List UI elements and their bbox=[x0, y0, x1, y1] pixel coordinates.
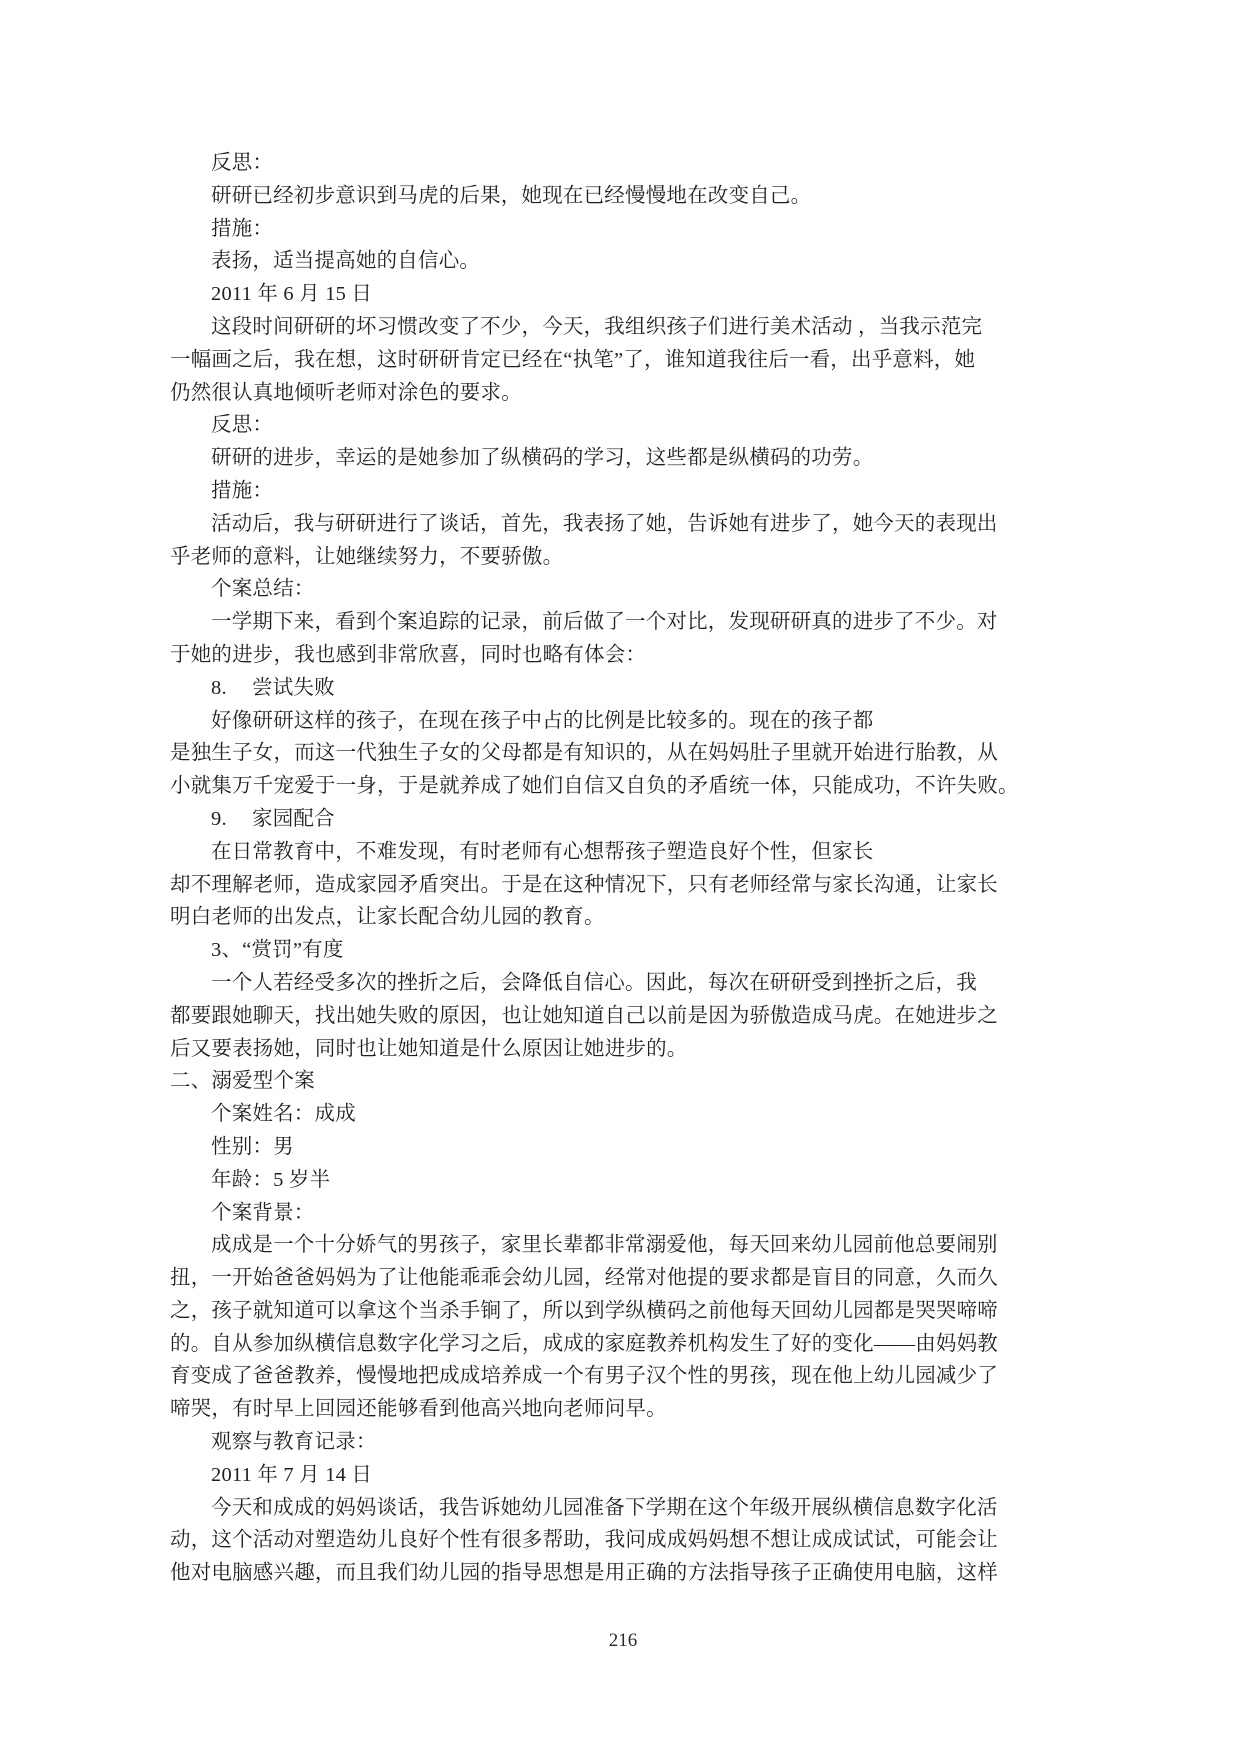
line-text: 今天和成成的妈妈谈话，我告诉她幼儿园准备下学期在这个年级开展纵横信息数字化活 bbox=[211, 1497, 998, 1519]
text-line: 年龄：5 岁半 bbox=[170, 1164, 1080, 1197]
line-text: 2011 年 7 月 14 日 bbox=[211, 1464, 372, 1486]
line-text: 在日常教育中，不难发现，有时老师有心想帮孩子塑造良好个性，但家长 bbox=[211, 841, 873, 863]
text-line: 是独生子女，而这一代独生子女的父母都是有知识的，从在妈妈肚子里就开始进行胎教，从 bbox=[170, 737, 1080, 770]
line-text: 研研的进步，幸运的是她参加了纵横码的学习，这些都是纵横码的功劳。 bbox=[211, 447, 873, 469]
line-text: 家园配合 bbox=[252, 808, 335, 830]
page-number: 216 bbox=[0, 1630, 1246, 1652]
text-line: 措施： bbox=[170, 475, 1080, 508]
text-line: 一学期下来，看到个案追踪的记录，前后做了一个对比，发现研研真的进步了不少。对 bbox=[170, 606, 1080, 639]
text-line: 育变成了爸爸教养，慢慢地把成成培养成一个有男子汉个性的男孩，现在他上幼儿园减少了 bbox=[170, 1360, 1080, 1393]
line-text: 尝试失败 bbox=[252, 677, 335, 699]
text-line: 他对电脑感兴趣，而且我们幼儿园的指导思想是用正确的方法指导孩子正确使用电脑，这样 bbox=[170, 1557, 1080, 1590]
text-line: 却不理解老师，造成家园矛盾突出。于是在这种情况下，只有老师经常与家长沟通，让家长 bbox=[170, 869, 1080, 902]
text-line: 观察与教育记录： bbox=[170, 1426, 1080, 1459]
text-line: 个案背景： bbox=[170, 1197, 1080, 1230]
text-line: 仍然很认真地倾听老师对涂色的要求。 bbox=[170, 377, 1080, 410]
line-text: 个案姓名：成成 bbox=[211, 1103, 356, 1125]
line-text: 一个人若经受多次的挫折之后，会降低自信心。因此，每次在研研受到挫折之后，我 bbox=[211, 972, 977, 994]
line-text: 措施： bbox=[211, 218, 273, 240]
text-line: 这段时间研研的坏习惯改变了不少，今天，我组织孩子们进行美术活动 ，当我示范完 bbox=[170, 311, 1080, 344]
text-line: 性别：男 bbox=[170, 1131, 1080, 1164]
line-text: 一学期下来，看到个案追踪的记录，前后做了一个对比，发现研研真的进步了不少。对 bbox=[211, 611, 998, 633]
text-line: 表扬，适当提高她的自信心。 bbox=[170, 245, 1080, 278]
text-line: 后又要表扬她，同时也让她知道是什么原因让她进步的。 bbox=[170, 1033, 1080, 1066]
text-line: 9.家园配合 bbox=[170, 803, 1080, 836]
list-item-marker: 8. bbox=[211, 672, 252, 705]
text-line: 明白老师的出发点，让家长配合幼儿园的教育。 bbox=[170, 901, 1080, 934]
line-text: 个案背景： bbox=[211, 1202, 315, 1224]
line-text: 的。自从参加纵横信息数字化学习之后，成成的家庭教养机构发生了好的变化——由妈妈教 bbox=[170, 1333, 998, 1355]
text-line: 一幅画之后，我在想，这时研研肯定已经在“执笔”了，谁知道我往后一看，出乎意料，她 bbox=[170, 344, 1080, 377]
text-line: 扭，一开始爸爸妈妈为了让他能乖乖会幼儿园，经常对他提的要求都是盲目的同意，久而久 bbox=[170, 1262, 1080, 1295]
line-text: 3、“赏罚”有度 bbox=[211, 939, 344, 961]
text-line: 今天和成成的妈妈谈话，我告诉她幼儿园准备下学期在这个年级开展纵横信息数字化活 bbox=[170, 1492, 1080, 1525]
line-text: 育变成了爸爸教养，慢慢地把成成培养成一个有男子汉个性的男孩，现在他上幼儿园减少了 bbox=[170, 1365, 998, 1387]
line-text: 这段时间研研的坏习惯改变了不少，今天，我组织孩子们进行美术活动 ，当我示范完 bbox=[211, 316, 982, 338]
line-text: 是独生子女，而这一代独生子女的父母都是有知识的，从在妈妈肚子里就开始进行胎教，从 bbox=[170, 742, 998, 764]
document-page: 反思：研研已经初步意识到马虎的后果，她现在已经慢慢地在改变自己。措施：表扬，适当… bbox=[0, 0, 1246, 1763]
line-text: 好像研研这样的孩子，在现在孩子中占的比例是比较多的。现在的孩子都 bbox=[211, 710, 873, 732]
line-text: 仍然很认真地倾听老师对涂色的要求。 bbox=[170, 382, 522, 404]
line-text: 成成是一个十分娇气的男孩子，家里长辈都非常溺爱他，每天回来幼儿园前他总要闹别 bbox=[211, 1234, 998, 1256]
line-text: 乎老师的意料，让她继续努力，不要骄傲。 bbox=[170, 546, 563, 568]
text-line: 3、“赏罚”有度 bbox=[170, 934, 1080, 967]
text-line: 研研的进步，幸运的是她参加了纵横码的学习，这些都是纵横码的功劳。 bbox=[170, 442, 1080, 475]
line-text: 措施： bbox=[211, 480, 273, 502]
line-text: 动，这个活动对塑造幼儿良好个性有很多帮助，我问成成妈妈想不想让成成试试，可能会让 bbox=[170, 1529, 998, 1551]
line-text: 二、溺爱型个案 bbox=[170, 1070, 315, 1092]
line-text: 于她的进步，我也感到非常欣喜，同时也略有体会： bbox=[170, 644, 646, 666]
line-text: 明白老师的出发点，让家长配合幼儿园的教育。 bbox=[170, 906, 605, 928]
line-text: 扭，一开始爸爸妈妈为了让他能乖乖会幼儿园，经常对他提的要求都是盲目的同意，久而久 bbox=[170, 1267, 998, 1289]
text-line: 一个人若经受多次的挫折之后，会降低自信心。因此，每次在研研受到挫折之后，我 bbox=[170, 967, 1080, 1000]
line-text: 2011 年 6 月 15 日 bbox=[211, 283, 372, 305]
text-line: 成成是一个十分娇气的男孩子，家里长辈都非常溺爱他，每天回来幼儿园前他总要闹别 bbox=[170, 1229, 1080, 1262]
text-line: 研研已经初步意识到马虎的后果，她现在已经慢慢地在改变自己。 bbox=[170, 180, 1080, 213]
text-line: 小就集万千宠爱于一身，于是就养成了她们自信又自负的矛盾统一体，只能成功，不许失败… bbox=[170, 770, 1080, 803]
text-line: 8.尝试失败 bbox=[170, 672, 1080, 705]
text-line: 反思： bbox=[170, 409, 1080, 442]
line-text: 啼哭，有时早上回园还能够看到他高兴地向老师问早。 bbox=[170, 1398, 667, 1420]
line-text: 个案总结： bbox=[211, 578, 315, 600]
text-line: 2011 年 7 月 14 日 bbox=[170, 1459, 1080, 1492]
line-text: 活动后，我与研研进行了谈话，首先，我表扬了她，告诉她有进步了，她今天的表现出 bbox=[211, 513, 998, 535]
line-text: 年龄：5 岁半 bbox=[211, 1169, 330, 1191]
line-text: 后又要表扬她，同时也让她知道是什么原因让她进步的。 bbox=[170, 1038, 688, 1060]
text-line: 于她的进步，我也感到非常欣喜，同时也略有体会： bbox=[170, 639, 1080, 672]
line-text: 小就集万千宠爱于一身，于是就养成了她们自信又自负的矛盾统一体，只能成功，不许失败… bbox=[170, 775, 1019, 797]
text-line: 乎老师的意料，让她继续努力，不要骄傲。 bbox=[170, 541, 1080, 574]
text-line: 之，孩子就知道可以拿这个当杀手锏了，所以到学纵横码之前他每天回幼儿园都是哭哭啼啼 bbox=[170, 1295, 1080, 1328]
line-text: 却不理解老师，造成家园矛盾突出。于是在这种情况下，只有老师经常与家长沟通，让家长 bbox=[170, 874, 998, 896]
line-text: 表扬，适当提高她的自信心。 bbox=[211, 250, 480, 272]
line-text: 之，孩子就知道可以拿这个当杀手锏了，所以到学纵横码之前他每天回幼儿园都是哭哭啼啼 bbox=[170, 1300, 998, 1322]
line-text: 观察与教育记录： bbox=[211, 1431, 377, 1453]
document-body: 反思：研研已经初步意识到马虎的后果，她现在已经慢慢地在改变自己。措施：表扬，适当… bbox=[170, 147, 1080, 1590]
line-text: 反思： bbox=[211, 152, 273, 174]
text-line: 个案总结： bbox=[170, 573, 1080, 606]
text-line: 在日常教育中，不难发现，有时老师有心想帮孩子塑造良好个性，但家长 bbox=[170, 836, 1080, 869]
line-text: 反思： bbox=[211, 414, 273, 436]
text-line: 二、溺爱型个案 bbox=[170, 1065, 1080, 1098]
text-line: 啼哭，有时早上回园还能够看到他高兴地向老师问早。 bbox=[170, 1393, 1080, 1426]
line-text: 一幅画之后，我在想，这时研研肯定已经在“执笔”了，谁知道我往后一看，出乎意料，她 bbox=[170, 349, 975, 371]
text-line: 动，这个活动对塑造幼儿良好个性有很多帮助，我问成成妈妈想不想让成成试试，可能会让 bbox=[170, 1524, 1080, 1557]
text-line: 活动后，我与研研进行了谈话，首先，我表扬了她，告诉她有进步了，她今天的表现出 bbox=[170, 508, 1080, 541]
text-line: 2011 年 6 月 15 日 bbox=[170, 278, 1080, 311]
line-text: 性别：男 bbox=[211, 1136, 294, 1158]
list-item-marker: 9. bbox=[211, 803, 252, 836]
line-text: 他对电脑感兴趣，而且我们幼儿园的指导思想是用正确的方法指导孩子正确使用电脑，这样 bbox=[170, 1562, 998, 1584]
line-text: 研研已经初步意识到马虎的后果，她现在已经慢慢地在改变自己。 bbox=[211, 185, 811, 207]
text-line: 好像研研这样的孩子，在现在孩子中占的比例是比较多的。现在的孩子都 bbox=[170, 705, 1080, 738]
text-line: 都要跟她聊天，找出她失败的原因，也让她知道自己以前是因为骄傲造成马虎。在她进步之 bbox=[170, 1000, 1080, 1033]
text-line: 的。自从参加纵横信息数字化学习之后，成成的家庭教养机构发生了好的变化——由妈妈教 bbox=[170, 1328, 1080, 1361]
text-line: 个案姓名：成成 bbox=[170, 1098, 1080, 1131]
text-line: 反思： bbox=[170, 147, 1080, 180]
text-line: 措施： bbox=[170, 213, 1080, 246]
line-text: 都要跟她聊天，找出她失败的原因，也让她知道自己以前是因为骄傲造成马虎。在她进步之 bbox=[170, 1005, 998, 1027]
